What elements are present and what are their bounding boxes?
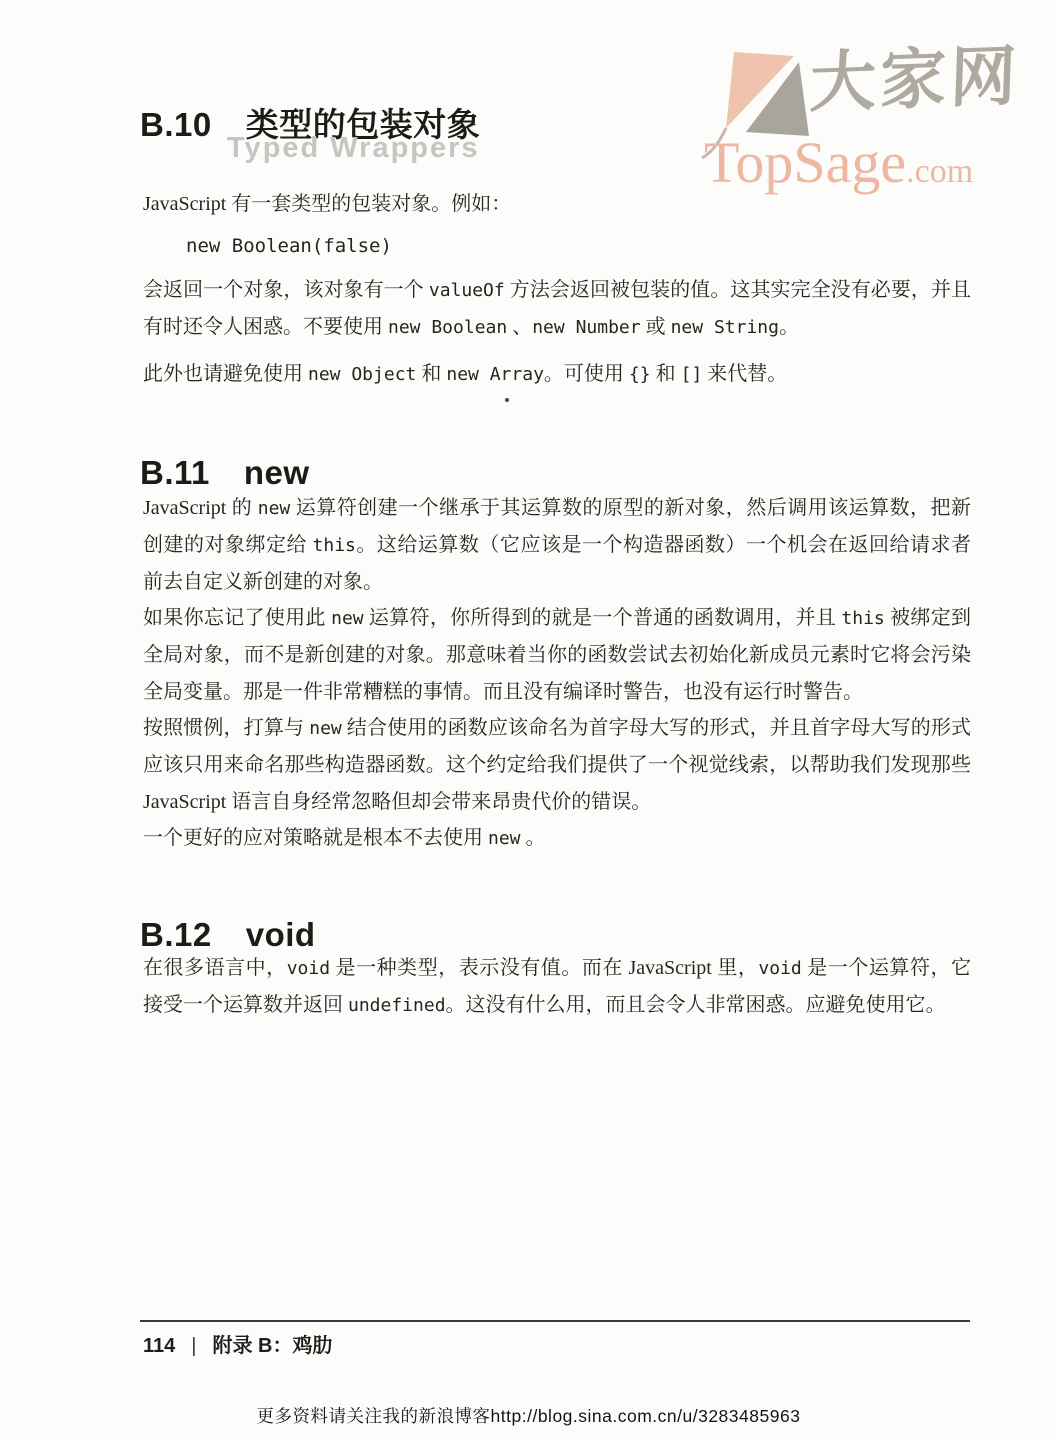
section-number: B.11 [140, 455, 210, 491]
scan-speck [505, 398, 509, 402]
paragraph: 按照惯例，打算与 new 结合使用的函数应该命名为首字母大写的形式，并且首字母大… [143, 710, 971, 821]
page-number: 114 [143, 1335, 175, 1357]
brand-chinese: 大家网 [809, 42, 1022, 115]
paragraph: JavaScript 有一套类型的包装对象。例如： [143, 186, 971, 223]
paragraph: 会返回一个对象，该对象有一个 valueOf 方法会返回被包装的值。这其实完全没… [143, 272, 971, 346]
section-number: B.12 [140, 917, 212, 953]
paragraph: 此外也请避免使用 new Object 和 new Array。可使用 {} 和… [143, 356, 971, 393]
page-footer: 114|附录 B：鸡肋 [143, 1329, 332, 1358]
section-heading-b12: B.12void [140, 917, 316, 953]
footer-separator: | [191, 1335, 196, 1357]
section-title: void [246, 916, 316, 953]
code-block: new Boolean(false) [186, 235, 392, 258]
section-number: B.10 [140, 107, 212, 143]
section-subtitle-english: Typed Wrappers [227, 133, 480, 165]
topsage-logo: 大家网 TopSage.com [690, 30, 1030, 205]
section-heading-b11: B.11new [140, 455, 310, 491]
footer-rule [140, 1320, 970, 1322]
brand-tld: .com [906, 153, 973, 190]
paragraph: 如果你忘记了使用此 new 运算符，你所得到的就是一个普通的函数调用，并且 th… [143, 600, 971, 711]
blog-caption: 更多资料请关注我的新浪博客http://blog.sina.com.cn/u/3… [0, 1403, 1057, 1428]
book-page: 大家网 TopSage.com B.10类型的包装对象 Typed Wrappe… [0, 0, 1057, 1441]
chapter-title: 附录 B：鸡肋 [212, 1335, 332, 1357]
paragraph: 在很多语言中，void 是一种类型，表示没有值。而在 JavaScript 里，… [143, 950, 971, 1024]
section-title: new [244, 454, 310, 491]
paragraph: JavaScript 的 new 运算符创建一个继承于其运算数的原型的新对象，然… [143, 490, 971, 601]
paragraph: 一个更好的应对策略就是根本不去使用 new 。 [143, 820, 971, 857]
brand-english: TopSage.com [704, 134, 973, 192]
